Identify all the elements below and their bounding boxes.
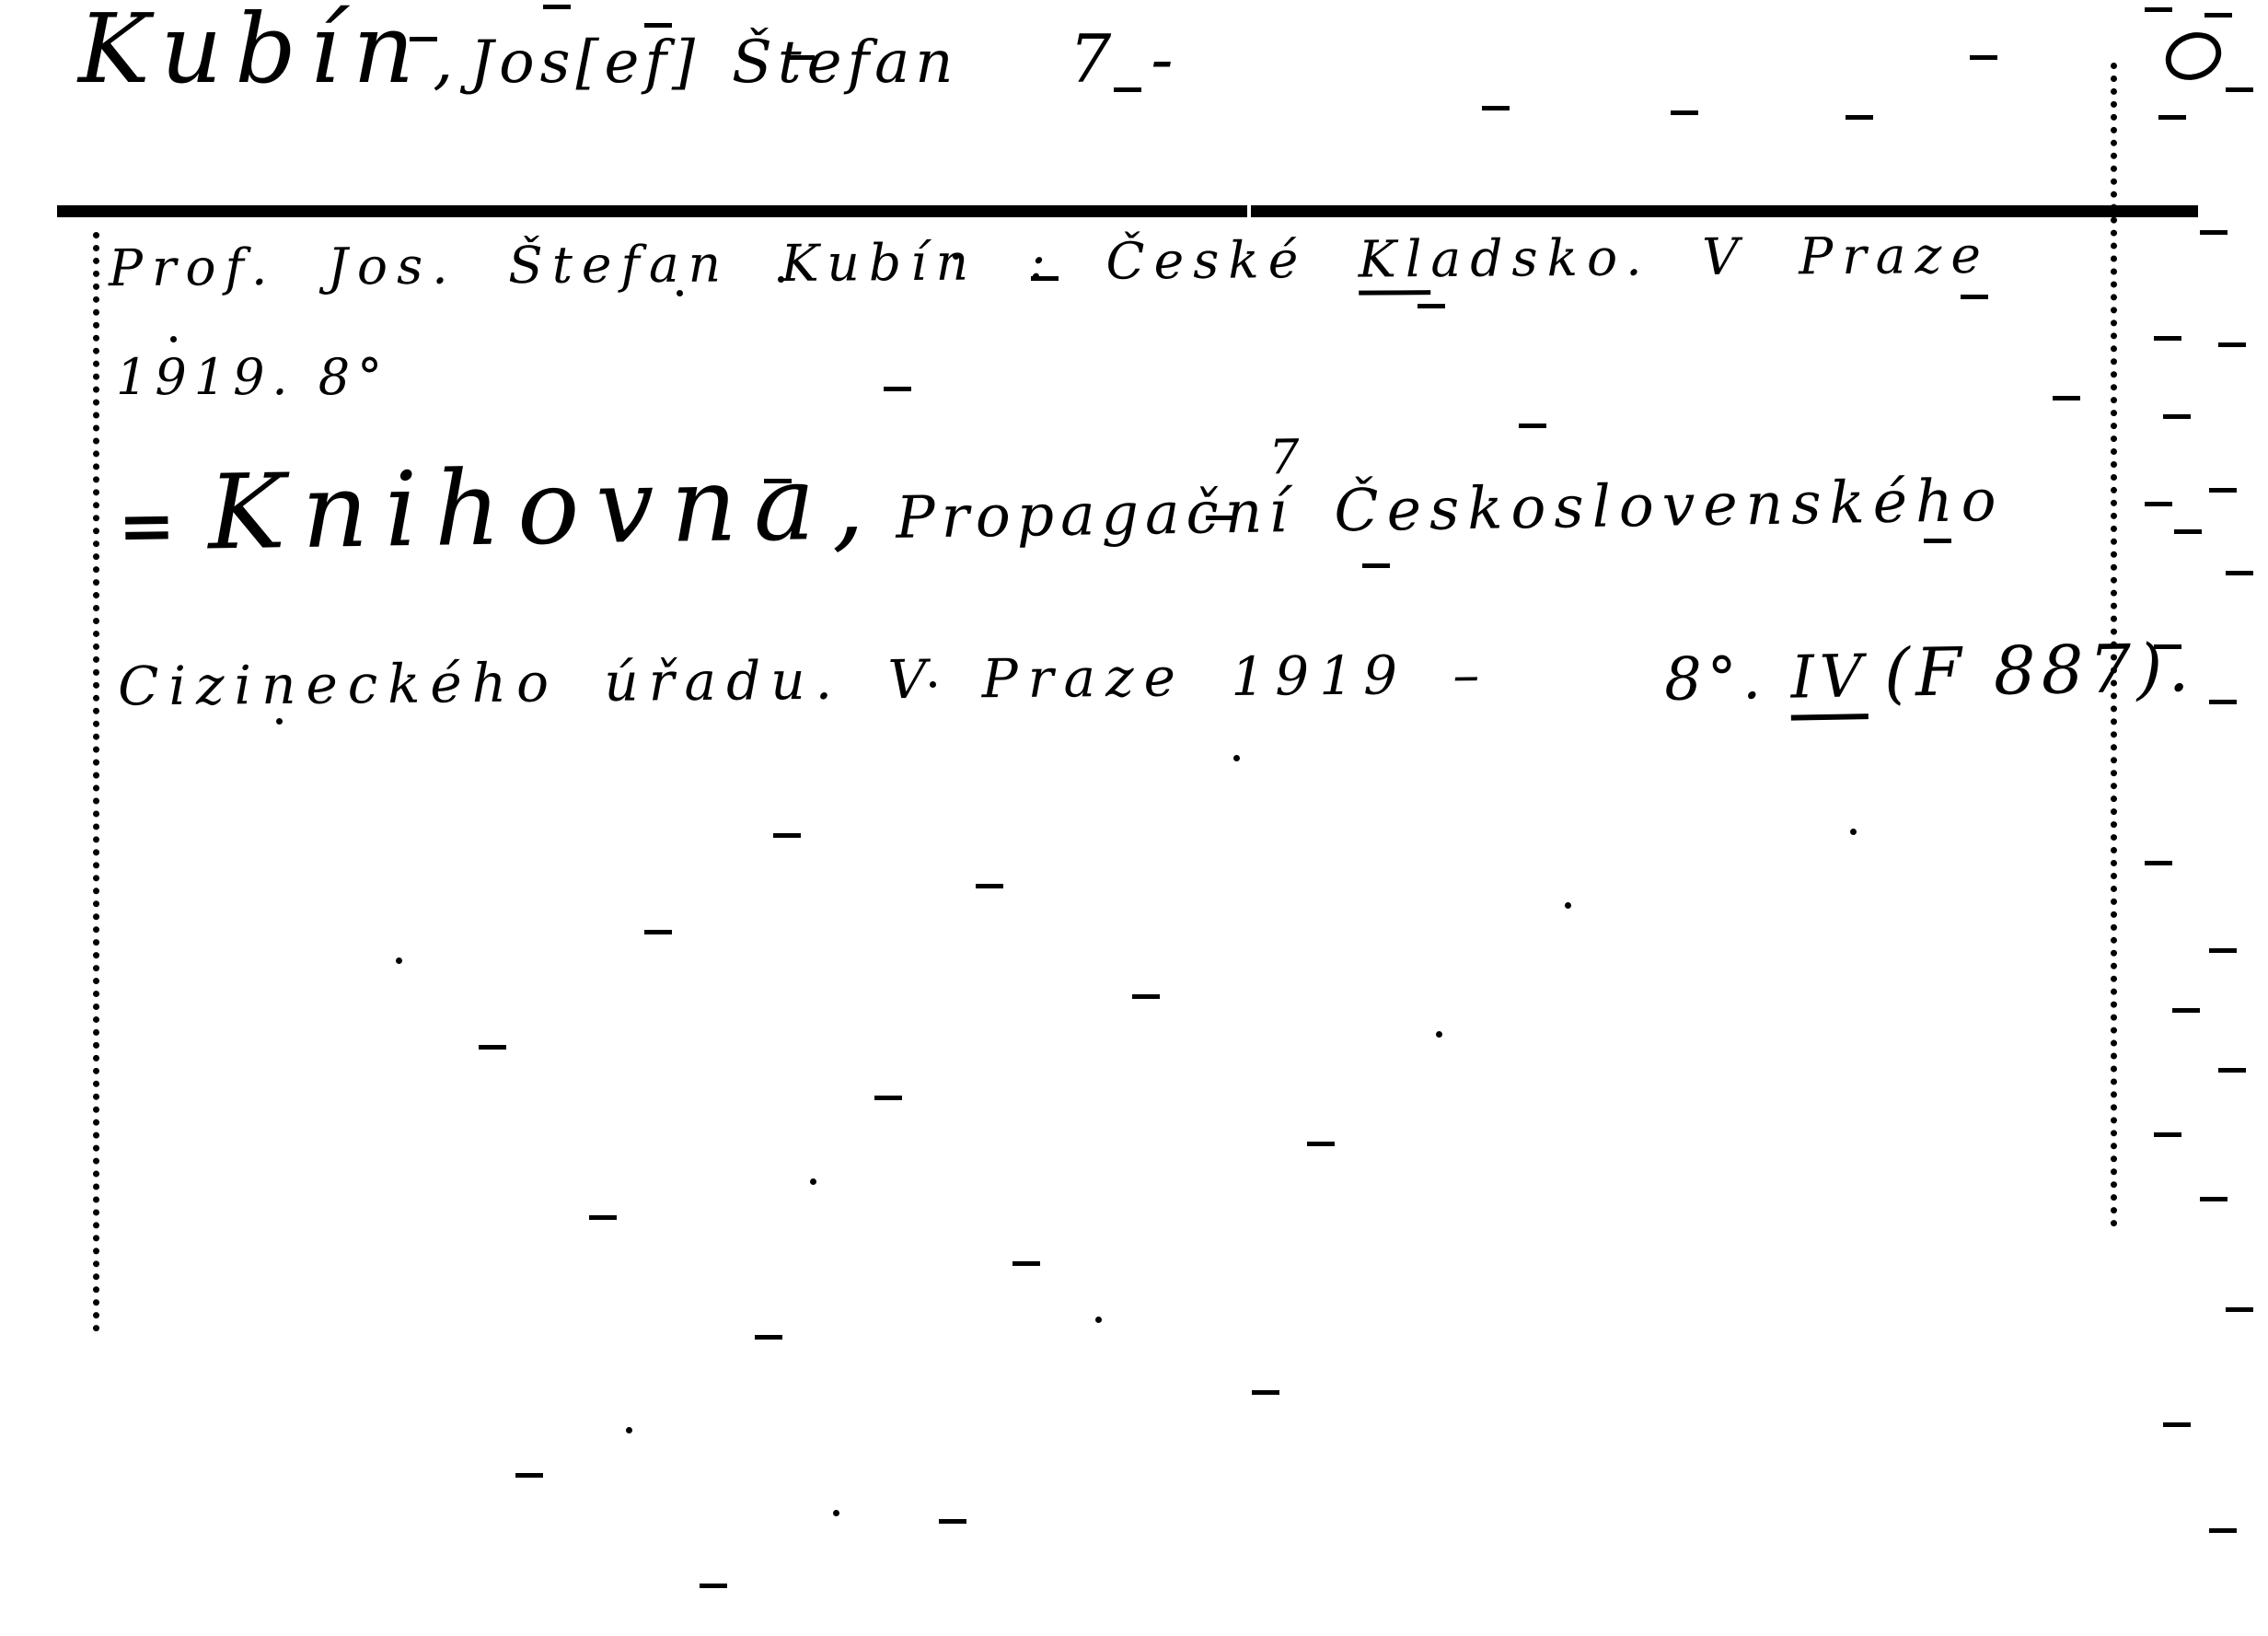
heading-middle-name: Štefan [732, 29, 959, 97]
entry2-descriptor-text: Propagační [896, 478, 1294, 551]
insertion-mark: 7 [1268, 430, 1306, 486]
shelfmark: (F 887). [1883, 629, 2195, 712]
left-margin-dotted-line [93, 232, 99, 1332]
format-note: 8°. [1663, 644, 1791, 714]
entry2-descriptor2: Československého [1334, 467, 2005, 544]
entry2-descriptor: Propagační7 [896, 478, 1294, 551]
entry2-title-word: Knihovna, [207, 443, 882, 573]
heading-comma: , [433, 22, 453, 98]
entry1-line1-text: Prof. Jos. Štefan Kubín : České [109, 230, 1359, 297]
entry2-line2-left: Cizineckého úřadu. V Praze 1919 – [118, 643, 1490, 717]
volume-numeral: IV [1790, 643, 1869, 720]
heading-rule [57, 205, 2198, 217]
corner-circle-mark [2158, 24, 2228, 88]
entry2-line2-right: 8°. IV(F 887). [1663, 629, 2195, 715]
entry2-line1: = Knihovna, Propagační7 Československého [117, 425, 2005, 574]
equals-mark: = [118, 486, 176, 566]
heading-forename: Jos[ef] [469, 29, 700, 97]
heading-number: 7 - [1070, 20, 1183, 98]
entry1-underlined-letters: Kl [1359, 229, 1431, 296]
heading-line: Kubín , Jos[ef] Štefan 7 - [78, 0, 1183, 105]
heading-surname: Kubín [78, 0, 427, 105]
entry1-line1-text-after: adsko. V Praze [1430, 226, 1990, 288]
entry1-line2: 1919. 8° [116, 348, 389, 406]
catalog-card: Kubín , Jos[ef] Štefan 7 - Prof. Jos. Št… [0, 0, 2268, 1636]
scan-noise-specks [0, 0, 6, 6]
entry1-line1: Prof. Jos. Štefan Kubín : České Kladsko.… [109, 226, 1990, 297]
